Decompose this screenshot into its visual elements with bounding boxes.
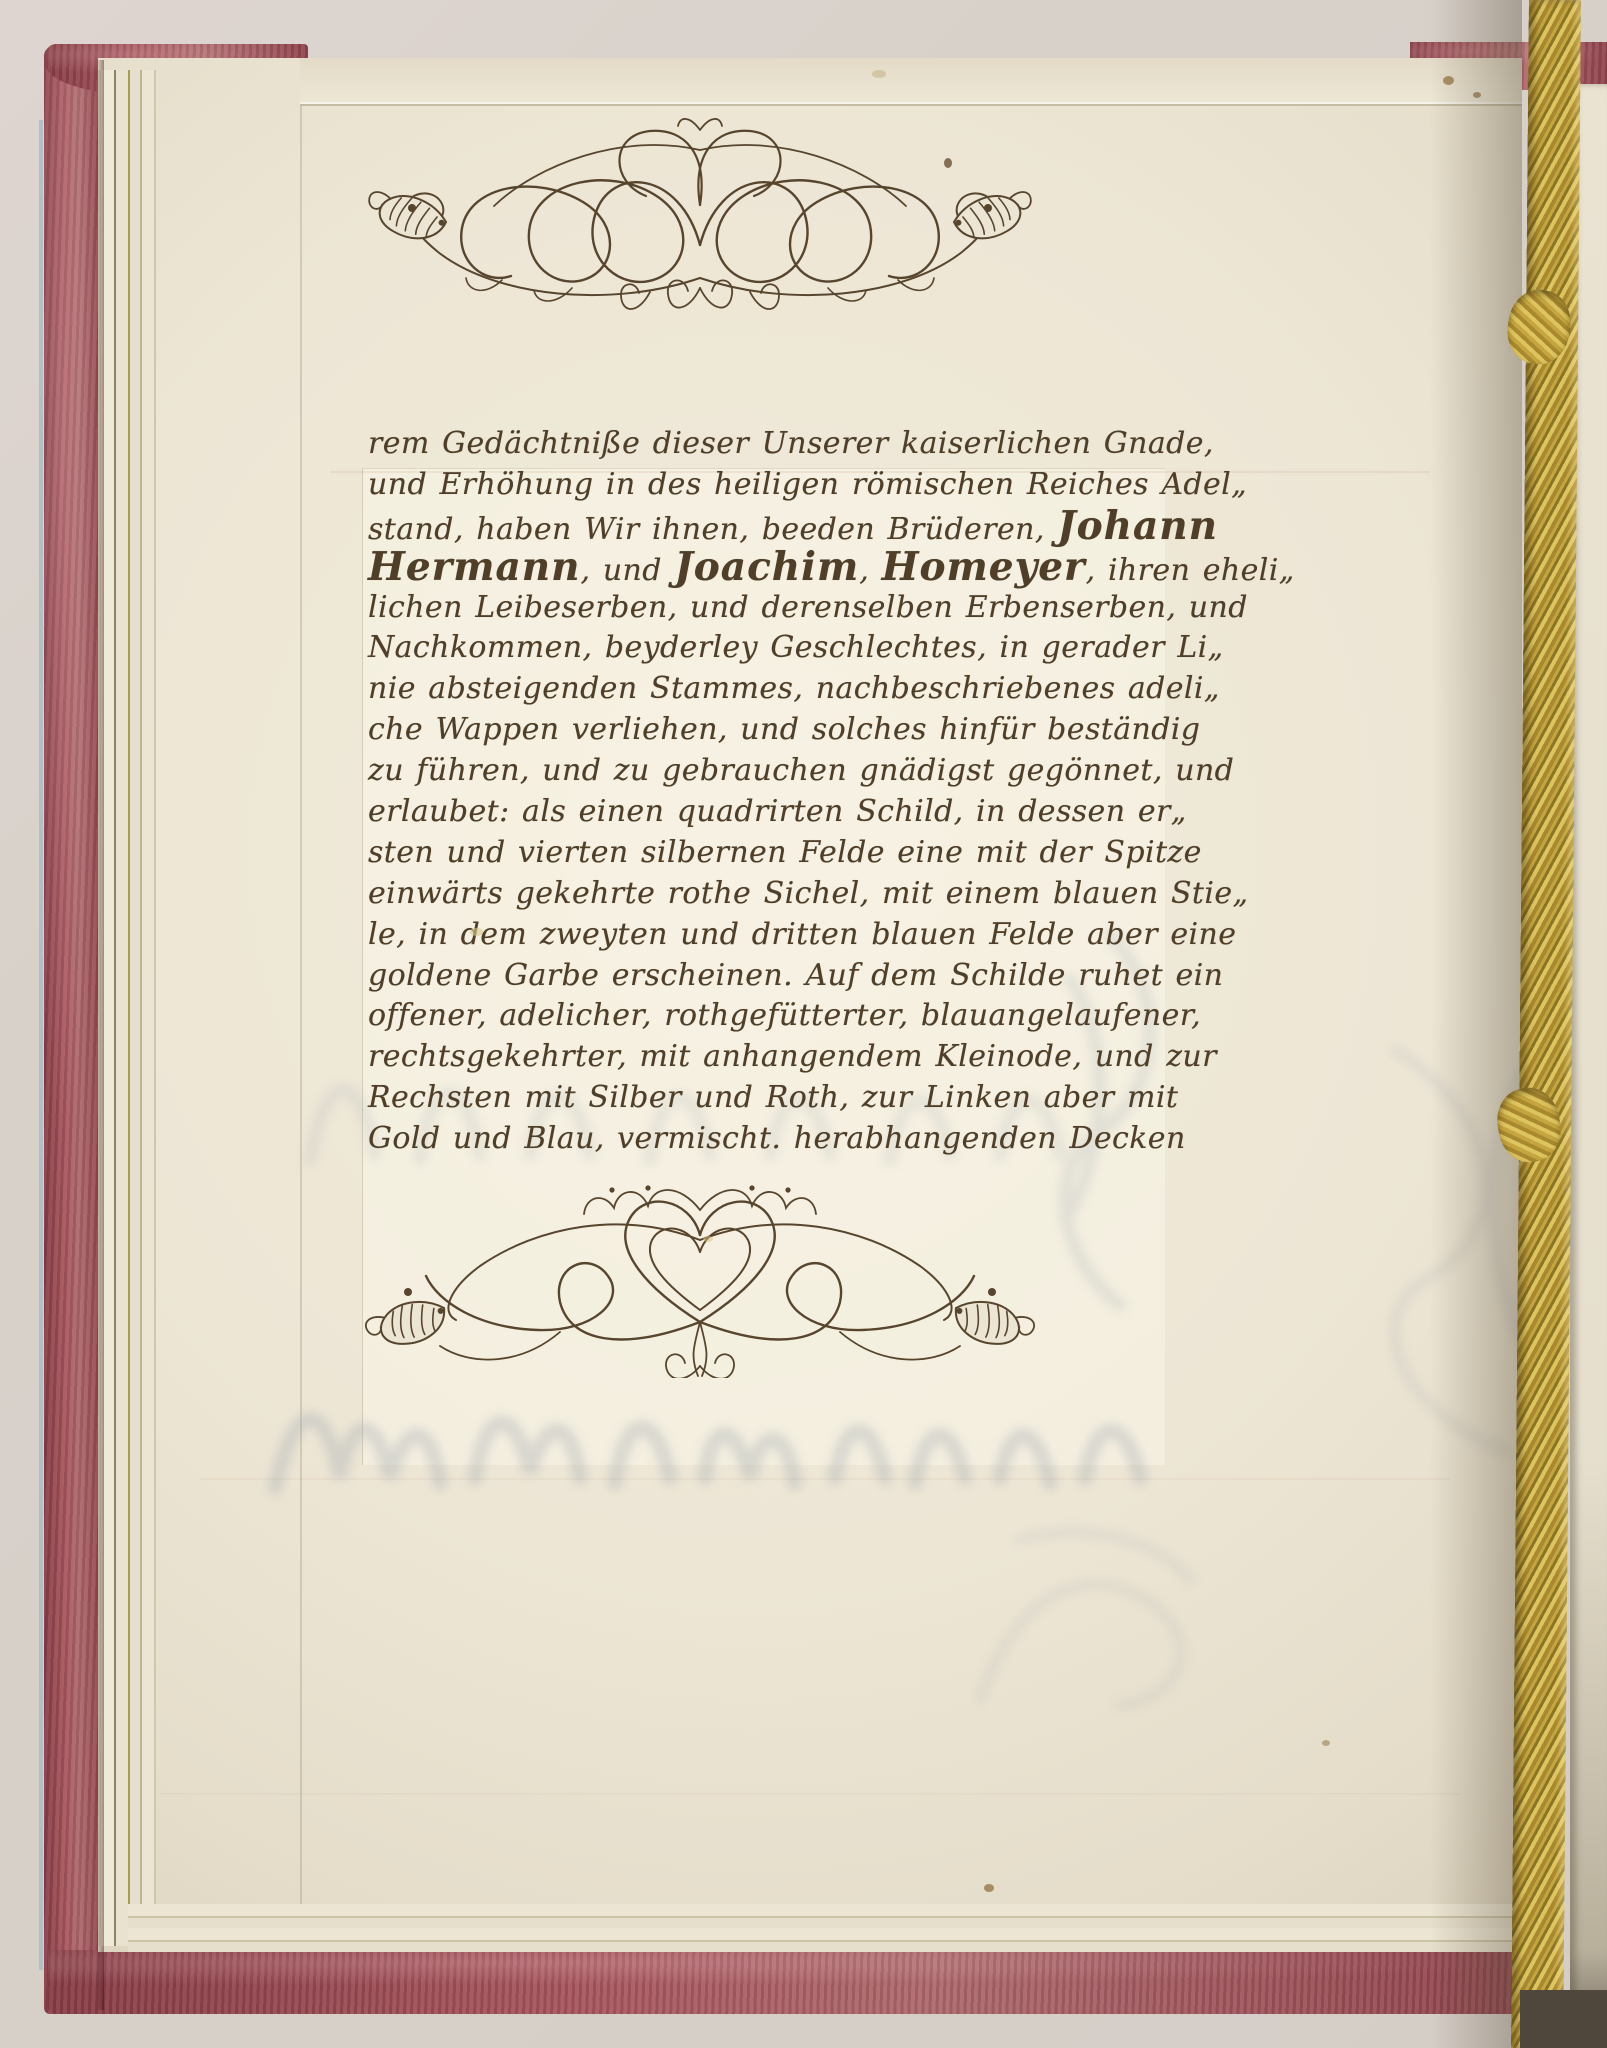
manuscript-line: che Wappen verliehen, und solches hinfür…	[368, 710, 1178, 751]
body-script-text: Gold und Blau, vermischt. herabhangenden…	[368, 1121, 1186, 1156]
manuscript-line: Rechsten mit Silber und Roth, zur Linken…	[368, 1078, 1178, 1119]
body-script-text: zu führen, und zu gebrauchen gnädigst ge…	[368, 753, 1234, 788]
line-text: lichen Leibeserben, und derenselben Erbe…	[368, 590, 1248, 625]
leaf-edge-line	[300, 92, 302, 1940]
manuscript-line: Gold und Blau, vermischt. herabhangenden…	[368, 1119, 1178, 1160]
foxing-spot	[1322, 1740, 1330, 1746]
manuscript-line: rem Gedächtniße dieser Unserer kaiserlic…	[368, 424, 1178, 465]
manuscript-line: Hermann, und Joachim, Homeyer, ihren ehe…	[368, 547, 1178, 588]
line-text: zu führen, und zu gebrauchen gnädigst ge…	[368, 753, 1234, 788]
line-text: nie absteigenden Stammes, nachbeschriebe…	[368, 671, 1220, 706]
body-script-text: lichen Leibeserben, und derenselben Erbe…	[368, 590, 1248, 625]
manuscript-line: goldene Garbe erscheinen. Auf dem Schild…	[368, 956, 1178, 997]
manuscript-line: und Erhöhung in des heiligen römischen R…	[368, 465, 1178, 506]
display-script-word: Hermann	[368, 544, 580, 590]
foxing-spot	[470, 928, 483, 936]
body-script-text: sten und vierten silbernen Felde eine mi…	[368, 835, 1202, 870]
manuscript-line: nie absteigenden Stammes, nachbeschriebe…	[368, 669, 1178, 710]
line-text: stand, haben Wir ihnen, beeden Brüderen,…	[368, 512, 1218, 547]
body-script-text: Nachkommen, beyderley Geschlechtes, in g…	[368, 630, 1224, 665]
cover-inner-shadow	[96, 60, 104, 2010]
manuscript-line: rechtsgekehrter, mit anhangendem Kleinod…	[368, 1037, 1178, 1078]
manuscript-line: lichen Leibeserben, und derenselben Erbe…	[368, 588, 1178, 629]
bottom-right-shadow	[1520, 1990, 1607, 2048]
body-script-text: stand, haben Wir ihnen, beeden Brüderen,	[368, 512, 1057, 547]
cover-board-edge	[39, 120, 43, 1970]
body-script-text: nie absteigenden Stammes, nachbeschriebe…	[368, 671, 1220, 706]
line-text: Rechsten mit Silber und Roth, zur Linken…	[368, 1080, 1178, 1115]
line-text: rem Gedächtniße dieser Unserer kaiserlic…	[368, 426, 1214, 461]
calligraphic-flourish-bottom	[358, 1180, 1042, 1378]
body-script-text: Rechsten mit Silber und Roth, zur Linken…	[368, 1080, 1178, 1115]
calligraphic-flourish-top	[358, 110, 1042, 318]
manuscript-line: stand, haben Wir ihnen, beeden Brüderen,…	[368, 506, 1178, 547]
crease-line	[300, 102, 1522, 104]
scanned-manuscript-photo: rem Gedächtniße dieser Unserer kaiserlic…	[0, 0, 1607, 2048]
line-text: einwärts gekehrte rothe Sichel, mit eine…	[368, 876, 1248, 911]
manuscript-line: le, in dem zweyten und dritten blauen Fe…	[368, 915, 1178, 956]
line-text: Gold und Blau, vermischt. herabhangenden…	[368, 1121, 1186, 1156]
line-text: offener, adelicher, rothgefütterter, bla…	[368, 998, 1201, 1033]
line-text: le, in dem zweyten und dritten blauen Fe…	[368, 917, 1236, 952]
line-text: goldene Garbe erscheinen. Auf dem Schild…	[368, 958, 1223, 993]
manuscript-line: Nachkommen, beyderley Geschlechtes, in g…	[368, 628, 1178, 669]
display-script-word: Homeyer	[882, 544, 1086, 590]
line-text: und Erhöhung in des heiligen römischen R…	[368, 467, 1247, 502]
body-script-text: rechtsgekehrter, mit anhangendem Kleinod…	[368, 1039, 1217, 1074]
ink-spot	[944, 158, 952, 168]
body-script-text: ,	[859, 553, 881, 588]
body-script-text: , und	[580, 553, 674, 588]
manuscript-line: erlaubet: als einen quadrirten Schild, i…	[368, 792, 1178, 833]
page-bottom-edges	[128, 1904, 1522, 1952]
line-text: rechtsgekehrter, mit anhangendem Kleinod…	[368, 1039, 1217, 1074]
body-script-text: goldene Garbe erscheinen. Auf dem Schild…	[368, 958, 1223, 993]
body-script-text: che Wappen verliehen, und solches hinfür…	[368, 712, 1200, 747]
body-script-text: le, in dem zweyten und dritten blauen Fe…	[368, 917, 1236, 952]
display-script-word: Johann	[1057, 503, 1218, 549]
edge-fleck	[872, 70, 886, 78]
manuscript-text-block: rem Gedächtniße dieser Unserer kaiserlic…	[368, 424, 1178, 1160]
line-text: Nachkommen, beyderley Geschlechtes, in g…	[368, 630, 1224, 665]
line-text: erlaubet: als einen quadrirten Schild, i…	[368, 794, 1187, 829]
display-script-word: Joachim	[674, 544, 859, 590]
manuscript-line: sten und vierten silbernen Felde eine mi…	[368, 833, 1178, 874]
velvet-cover-left-band	[44, 46, 102, 2014]
body-script-text: erlaubet: als einen quadrirten Schild, i…	[368, 794, 1187, 829]
foxing-spot	[703, 1236, 713, 1242]
body-script-text: rem Gedächtniße dieser Unserer kaiserlic…	[368, 426, 1214, 461]
manuscript-line: einwärts gekehrte rothe Sichel, mit eine…	[368, 874, 1178, 915]
body-script-text: offener, adelicher, rothgefütterter, bla…	[368, 998, 1201, 1033]
line-text: Hermann, und Joachim, Homeyer, ihren ehe…	[368, 553, 1295, 588]
velvet-cover-bottom-band	[48, 1950, 1528, 2014]
leaf-edges-stack	[98, 70, 170, 1946]
page-top-edge	[300, 58, 1522, 106]
show-through-ghost-flourish	[960, 1500, 1220, 1740]
foxing-spot	[984, 1884, 994, 1892]
body-script-text: einwärts gekehrte rothe Sichel, mit eine…	[368, 876, 1248, 911]
gutter-shadow	[1430, 0, 1522, 2048]
body-script-text: , ihren eheli„	[1086, 553, 1295, 588]
crease-line	[160, 1793, 1460, 1795]
body-script-text: und Erhöhung in des heiligen römischen R…	[368, 467, 1247, 502]
manuscript-line: offener, adelicher, rothgefütterter, bla…	[368, 996, 1178, 1037]
manuscript-line: zu führen, und zu gebrauchen gnädigst ge…	[368, 751, 1178, 792]
line-text: sten und vierten silbernen Felde eine mi…	[368, 835, 1202, 870]
show-through-ghost-large-line	[255, 1378, 1175, 1518]
line-text: che Wappen verliehen, und solches hinfür…	[368, 712, 1200, 747]
